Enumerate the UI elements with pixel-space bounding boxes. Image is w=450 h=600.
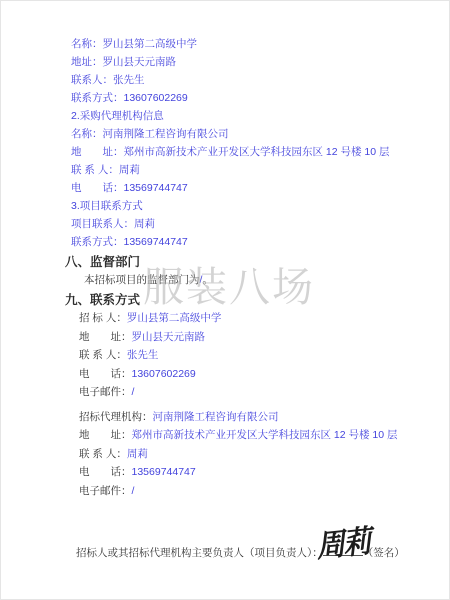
field-row: 联 系 人：张先生 xyxy=(79,346,416,365)
field-label: 电 话： xyxy=(79,466,132,478)
field-label: 联系方式： xyxy=(71,236,124,248)
field-row: 电子邮件：/ xyxy=(79,383,416,402)
subsection-heading-project-contact: 3.项目联系方式 xyxy=(71,197,416,215)
field-row: 名称：罗山县第二高级中学 xyxy=(71,35,416,53)
field-value: 罗山县第二高级中学 xyxy=(127,312,222,324)
field-row: 电子邮件：/ xyxy=(79,482,416,501)
field-label: 电 话： xyxy=(79,368,132,380)
field-value: 13607602269 xyxy=(132,368,196,380)
subsection-heading-agency: 2.采购代理机构信息 xyxy=(71,107,416,125)
field-label: 地址： xyxy=(71,56,103,68)
supervision-period: 。 xyxy=(202,274,213,286)
field-row: 地 址：郑州市高新技术产业开发区大学科技园东区 12 号楼 10 层 xyxy=(79,426,416,445)
field-label: 联 系 人： xyxy=(71,164,119,176)
field-row: 电 话：13569744747 xyxy=(79,463,416,482)
field-value: 周莉 xyxy=(134,218,155,230)
field-value: 郑州市高新技术产业开发区大学科技园东区 12 号楼 10 层 xyxy=(124,146,390,158)
field-value: 河南荆隆工程咨询有限公司 xyxy=(153,411,279,423)
field-row: 联系方式：13607602269 xyxy=(71,89,416,107)
field-row: 地址：罗山县天元南路 xyxy=(71,53,416,71)
field-label: 地 址： xyxy=(79,331,132,343)
field-label: 地 址： xyxy=(79,429,132,441)
field-row: 招 标 人：罗山县第二高级中学 xyxy=(79,309,416,328)
field-value: 13607602269 xyxy=(124,92,188,104)
field-row: 招标代理机构：河南荆隆工程咨询有限公司 xyxy=(79,408,416,427)
field-label: 电 话： xyxy=(71,182,124,194)
field-label: 联系人： xyxy=(71,74,113,86)
supervision-body: 本招标项目的监督部门为/。 xyxy=(84,271,416,289)
field-value: 13569744747 xyxy=(124,236,188,248)
field-value: 周莉 xyxy=(127,448,148,460)
field-label: 联 系 人： xyxy=(79,448,127,460)
section-title-contact: 九、联系方式 xyxy=(65,292,416,309)
field-value: 张先生 xyxy=(127,349,159,361)
field-value: 罗山县天元南路 xyxy=(132,331,206,343)
supervision-text: 本招标项目的监督部门为 xyxy=(84,274,200,286)
field-label: 名称： xyxy=(71,128,103,140)
field-row: 地 址：罗山县天元南路 xyxy=(79,328,416,347)
signature-underline: 周莉 xyxy=(323,544,363,556)
field-label: 电子邮件： xyxy=(79,386,132,398)
field-label: 联系方式： xyxy=(71,92,124,104)
field-label: 联 系 人： xyxy=(79,349,127,361)
field-label: 地 址： xyxy=(71,146,124,158)
field-label: 名称： xyxy=(71,38,103,50)
field-value: 13569744747 xyxy=(132,466,196,478)
field-value: 罗山县天元南路 xyxy=(103,56,177,68)
section-title-supervision: 八、监督部门 xyxy=(65,254,416,271)
field-row: 电 话：13569744747 xyxy=(71,179,416,197)
document-content: 名称：罗山县第二高级中学 地址：罗山县天元南路 联系人：张先生 联系方式：136… xyxy=(71,35,416,500)
field-label: 招标代理机构： xyxy=(79,411,153,423)
signature-label: 招标人或其招标代理机构主要负责人（项目负责人）： xyxy=(76,547,323,559)
field-value: 13569744747 xyxy=(124,182,188,194)
field-row: 联系人：张先生 xyxy=(71,71,416,89)
document-page: 服装八场 名称：罗山县第二高级中学 地址：罗山县天元南路 联系人：张先生 联系方… xyxy=(0,0,450,600)
agency-contact-block: 招标代理机构：河南荆隆工程咨询有限公司 地 址：郑州市高新技术产业开发区大学科技… xyxy=(71,408,416,501)
signature-line: 招标人或其招标代理机构主要负责人（项目负责人）：周莉（签名） xyxy=(76,544,405,560)
field-row: 联系方式：13569744747 xyxy=(71,233,416,251)
field-value: 周莉 xyxy=(119,164,140,176)
field-row: 名称：河南荆隆工程咨询有限公司 xyxy=(71,125,416,143)
field-row: 地 址：郑州市高新技术产业开发区大学科技园东区 12 号楼 10 层 xyxy=(71,143,416,161)
handwritten-signature: 周莉 xyxy=(315,526,371,562)
field-value: 郑州市高新技术产业开发区大学科技园东区 12 号楼 10 层 xyxy=(132,429,398,441)
field-value: 罗山县第二高级中学 xyxy=(103,38,198,50)
field-row: 项目联系人：周莉 xyxy=(71,215,416,233)
field-value: / xyxy=(132,386,135,398)
field-value: 张先生 xyxy=(113,74,145,86)
field-row: 联 系 人：周莉 xyxy=(71,161,416,179)
field-label: 电子邮件： xyxy=(79,485,132,497)
field-row: 联 系 人：周莉 xyxy=(79,445,416,464)
field-label: 招 标 人： xyxy=(79,312,127,324)
purchaser-agency-block: 名称：罗山县第二高级中学 地址：罗山县天元南路 联系人：张先生 联系方式：136… xyxy=(71,35,416,251)
field-value: / xyxy=(132,485,135,497)
field-label: 项目联系人： xyxy=(71,218,134,230)
field-row: 电 话：13607602269 xyxy=(79,365,416,384)
field-value: 河南荆隆工程咨询有限公司 xyxy=(103,128,229,140)
tenderer-contact-block: 招 标 人：罗山县第二高级中学 地 址：罗山县天元南路 联 系 人：张先生 电 … xyxy=(71,309,416,402)
